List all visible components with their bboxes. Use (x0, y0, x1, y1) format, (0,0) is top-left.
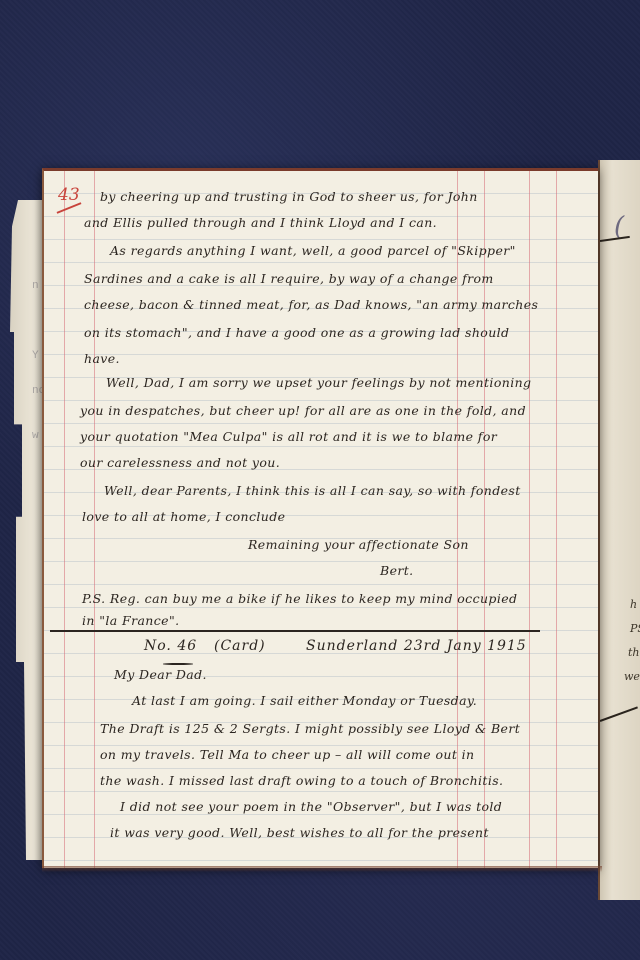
letter-line: have. (84, 351, 120, 366)
letter-line: our carelessness and not you. (80, 455, 280, 470)
page-number: 43 (58, 185, 80, 205)
letter-line: love to all at home, I conclude (82, 509, 285, 524)
letter-line: cheese, bacon & tinned meat, for, as Dad… (84, 297, 538, 312)
letter-line: your quotation "Mea Culpa" is all rot an… (80, 429, 497, 444)
bleed-through-mark: w (32, 430, 39, 442)
letter-line: Well, dear Parents, I think this is all … (104, 483, 521, 498)
bleed-through-mark: Y (32, 350, 39, 362)
letter-line: At last I am going. I sail either Monday… (132, 693, 477, 708)
letter-line: by cheering up and trusting in God to sh… (100, 189, 478, 204)
adjacent-page-fragment: we r (624, 670, 640, 683)
letter-salutation: My Dear Dad. (114, 667, 207, 682)
postscript-line: P.S. Reg. can buy me a bike if he likes … (82, 591, 517, 606)
letter-closing: Remaining your affectionate Son (248, 537, 469, 552)
letter-line: Sardines and a cake is all I require, by… (84, 271, 494, 286)
letter-line: As regards anything I want, well, a good… (110, 243, 516, 258)
column-rule (529, 171, 530, 868)
page-bottom-edge (42, 866, 602, 872)
ink-stroke (600, 706, 638, 722)
letter-line: the wash. I missed last draft owing to a… (100, 773, 503, 788)
letter-divider-rule (50, 630, 540, 632)
adjacent-page-fragment: h (630, 598, 637, 611)
margin-rule (64, 171, 65, 868)
letter-number-underline (163, 663, 193, 665)
postscript-line: in "la France". (82, 613, 179, 628)
letter-line: on its stomach", and I have a good one a… (84, 325, 509, 340)
bleed-through-mark: n (32, 280, 39, 292)
letter-line: Well, Dad, I am sorry we upset your feel… (106, 375, 531, 390)
column-rule (556, 171, 557, 868)
adjacent-page-fragment: the (628, 646, 640, 659)
letter-book-page: 43 by cheering up and trusting in God to… (42, 168, 598, 868)
letter-number: No. 46 (144, 638, 197, 654)
letter-line: on my travels. Tell Ma to cheer up – all… (100, 747, 475, 762)
letter-line: I did not see your poem in the "Observer… (120, 799, 502, 814)
letter-line: you in despatches, but cheer up! for all… (80, 403, 526, 418)
letter-line: and Ellis pulled through and I think Llo… (84, 215, 437, 230)
letter-place-date: Sunderland 23rd Jany 1915 (306, 638, 527, 654)
letter-line: it was very good. Well, best wishes to a… (110, 825, 489, 840)
adjacent-right-page: ( h PS the we r (598, 160, 640, 900)
letter-signature: Bert. (380, 563, 414, 578)
letter-line: The Draft is 125 & 2 Sergts. I might pos… (100, 721, 520, 736)
letter-format: (Card) (214, 638, 266, 654)
adjacent-page-fragment: PS (630, 622, 640, 635)
